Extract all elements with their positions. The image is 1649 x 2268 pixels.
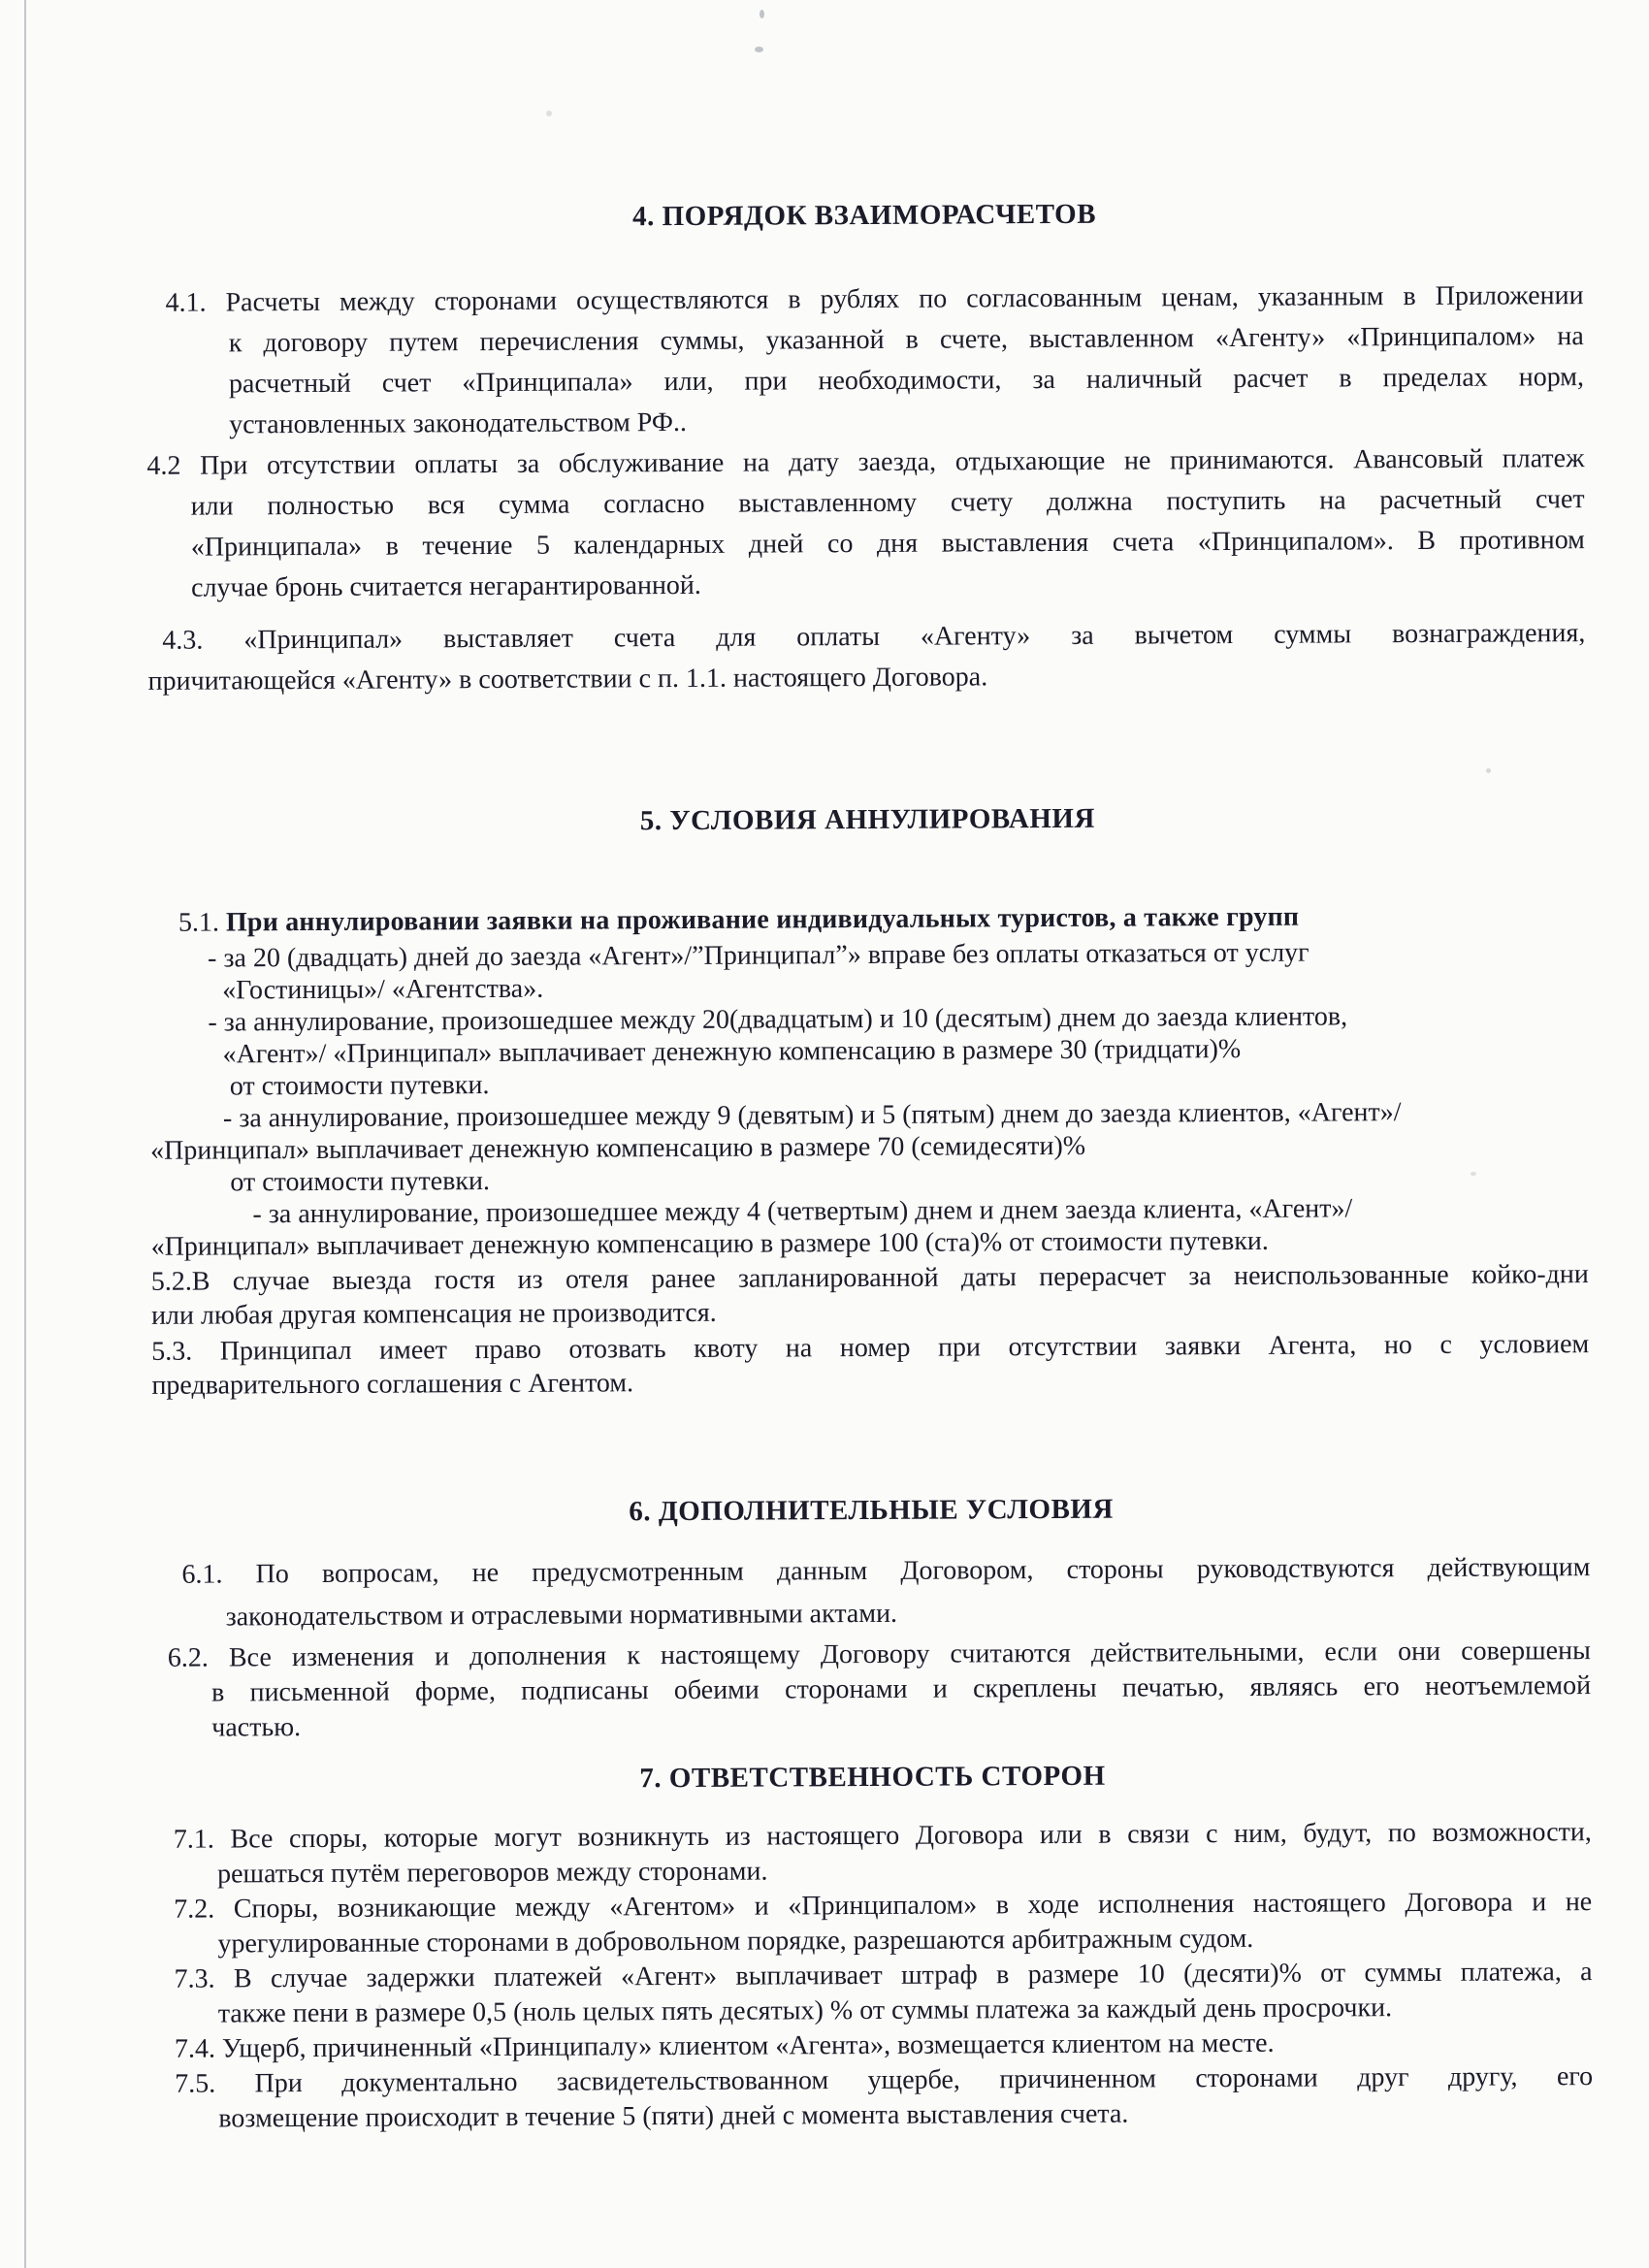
clause-4-1: 4.1. Расчеты между сторонами осуществляю… [145,275,1584,446]
document-content: 4. ПОРЯДОК ВЗАИМОРАСЧЕТОВ 4.1. Расчеты м… [145,195,1593,2137]
text-line: в письменной форме, подписаны обеими сто… [211,1669,1591,1710]
clause-5-1-heading: 5.1. При аннулировании заявки на прожива… [178,898,1587,941]
text-line: законодательством и отраслевыми норматив… [226,1589,1591,1638]
list-item-line: «Принципал» выплачивает денежную компенс… [151,1223,1589,1263]
text-line: «Принципала» в течение 5 календарных дне… [191,520,1585,568]
section-6-title: 6. ДОПОЛНИТЕЛЬНЫЕ УСЛОВИЯ [152,1490,1590,1531]
scan-edge-line [24,0,26,2268]
text-line: установленных законодательством РФ.. [229,398,1584,445]
clause-number: 5.1. [178,907,226,937]
text-line: 7.5. При документально засвидетельствова… [175,2059,1593,2102]
clause-5-1-heading-text: При аннулировании заявки на проживание и… [226,902,1299,938]
text-line: также пени в размере 0,5 (ноль целых пят… [218,1990,1593,2031]
section-4-title: 4. ПОРЯДОК ВЗАИМОРАСЧЕТОВ [145,195,1583,236]
text-line: расчетный счет «Принципала» или, при нео… [229,357,1584,405]
clause-6-2: 6.2. Все изменения и дополнения к настоя… [153,1634,1592,1746]
clause-7-2: 7.2. Споры, возникающие между «Агентом» … [154,1885,1592,1962]
text-line: предварительного соглашения с Агентом. [151,1361,1589,1403]
cancellation-terms-list: - за 20 (двадцать) дней до заезда «Агент… [149,935,1589,1263]
text-line: 4.3. «Принципал» выставляет счета для оп… [162,613,1585,662]
clause-4-2: 4.2 При отсутствии оплаты за обслуживани… [146,438,1585,609]
section-5-title: 5. УСЛОВИЯ АННУЛИРОВАНИЯ [148,799,1586,840]
scan-speck [760,10,764,18]
text-line: 7.2. Споры, возникающие между «Агентом» … [174,1885,1592,1928]
text-line: причитающейся «Агенту» в соответствии с … [147,654,1585,702]
section-7-title: 7. ОТВЕТСТВЕННОСТЬ СТОРОН [153,1757,1591,1798]
text-line: 6.1. По вопросам, не предусмотренным дан… [181,1546,1590,1597]
clause-7-5: 7.5. При документально засвидетельствова… [155,2059,1593,2137]
text-line: или любая другая компенсация не производ… [151,1291,1589,1333]
clause-5-3: 5.3. Принципал имеет право отозвать квот… [151,1327,1589,1403]
clause-5-2: 5.2.В случае выезда гостя из отеля ранее… [151,1257,1589,1333]
text-line: или полностью вся сумма согласно выставл… [191,479,1585,528]
text-line: к договору путем перечисления суммы, ука… [229,316,1584,364]
clause-6-1: 6.1. По вопросам, не предусмотренным дан… [152,1546,1590,1639]
scanned-contract-page: 4. ПОРЯДОК ВЗАИМОРАСЧЕТОВ 4.1. Расчеты м… [0,0,1649,2268]
clause-7-3: 7.3. В случае задержки платежей «Агент» … [155,1955,1593,2032]
text-line: 7.1. Все споры, которые могут возникнуть… [174,1815,1592,1858]
scan-speck [755,47,763,52]
scan-speck [546,111,552,116]
clause-7-1: 7.1. Все споры, которые могут возникнуть… [154,1815,1592,1893]
clause-4-3: 4.3. «Принципал» выставляет счета для оп… [147,613,1585,702]
text-line: возмещение происходит в течение 5 (пяти)… [218,2094,1593,2136]
text-line: случае бронь считается негарантированной… [191,561,1585,609]
text-line: частью. [211,1703,1591,1745]
